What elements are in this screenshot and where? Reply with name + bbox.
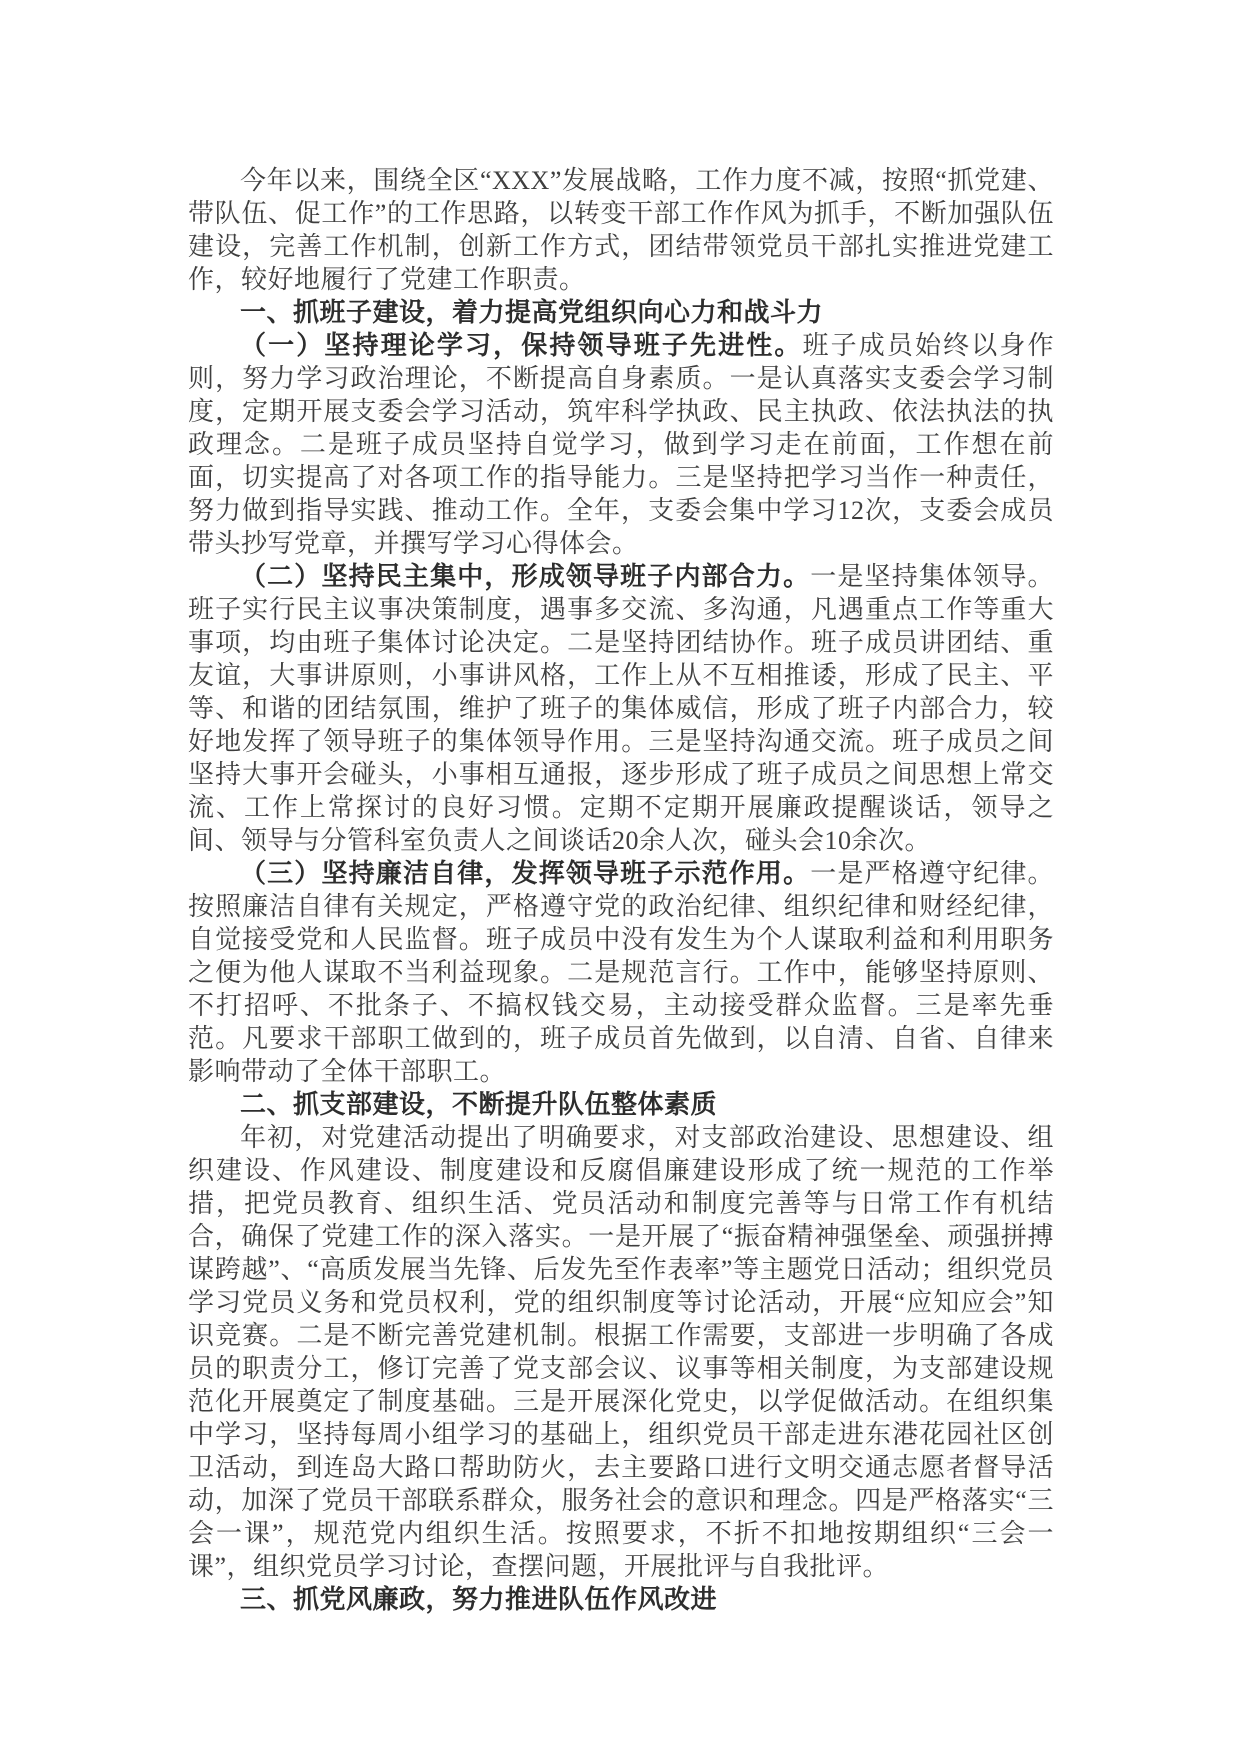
section-2-paragraph-1: 年初，对党建活动提出了明确要求，对支部政治建设、思想建设、组织建设、作风建设、制…	[188, 1121, 1054, 1583]
section-3-heading: 三、抓党风廉政，努力推进队伍作风改进	[188, 1583, 1054, 1616]
section-1-paragraph-2-lead: （二）坚持民主集中，形成领导班子内部合力。	[240, 562, 810, 591]
document-content: 今年以来，围绕全区“XXX”发展战略，工作力度不减，按照“抓党建、带队伍、促工作…	[188, 164, 1054, 1616]
section-1-paragraph-3-body: 一是严格遵守纪律。按照廉洁自律有关规定，严格遵守党的政治纪律、组织纪律和财经纪律…	[188, 859, 1054, 1086]
section-1-paragraph-3: （三）坚持廉洁自律，发挥领导班子示范作用。一是严格遵守纪律。按照廉洁自律有关规定…	[188, 857, 1054, 1088]
section-1-paragraph-3-lead: （三）坚持廉洁自律，发挥领导班子示范作用。	[240, 859, 810, 888]
section-1-paragraph-2: （二）坚持民主集中，形成领导班子内部合力。一是坚持集体领导。班子实行民主议事决策…	[188, 560, 1054, 857]
section-1-paragraph-2-body: 一是坚持集体领导。班子实行民主议事决策制度，遇事多交流、多沟通，凡遇重点工作等重…	[188, 562, 1054, 855]
section-1-paragraph-1-lead: （一）坚持理论学习，保持领导班子先进性。	[240, 331, 802, 360]
section-1-heading: 一、抓班子建设，着力提高党组织向心力和战斗力	[188, 296, 1054, 329]
section-2-heading: 二、抓支部建设，不断提升队伍整体素质	[188, 1088, 1054, 1121]
document-page: 今年以来，围绕全区“XXX”发展战略，工作力度不减，按照“抓党建、带队伍、促工作…	[0, 0, 1240, 1754]
section-1-paragraph-1-body: 班子成员始终以身作则，努力学习政治理论，不断提高自身素质。一是认真落实支委会学习…	[188, 331, 1054, 558]
intro-paragraph: 今年以来，围绕全区“XXX”发展战略，工作力度不减，按照“抓党建、带队伍、促工作…	[188, 164, 1054, 296]
section-1-paragraph-1: （一）坚持理论学习，保持领导班子先进性。班子成员始终以身作则，努力学习政治理论，…	[188, 329, 1054, 560]
